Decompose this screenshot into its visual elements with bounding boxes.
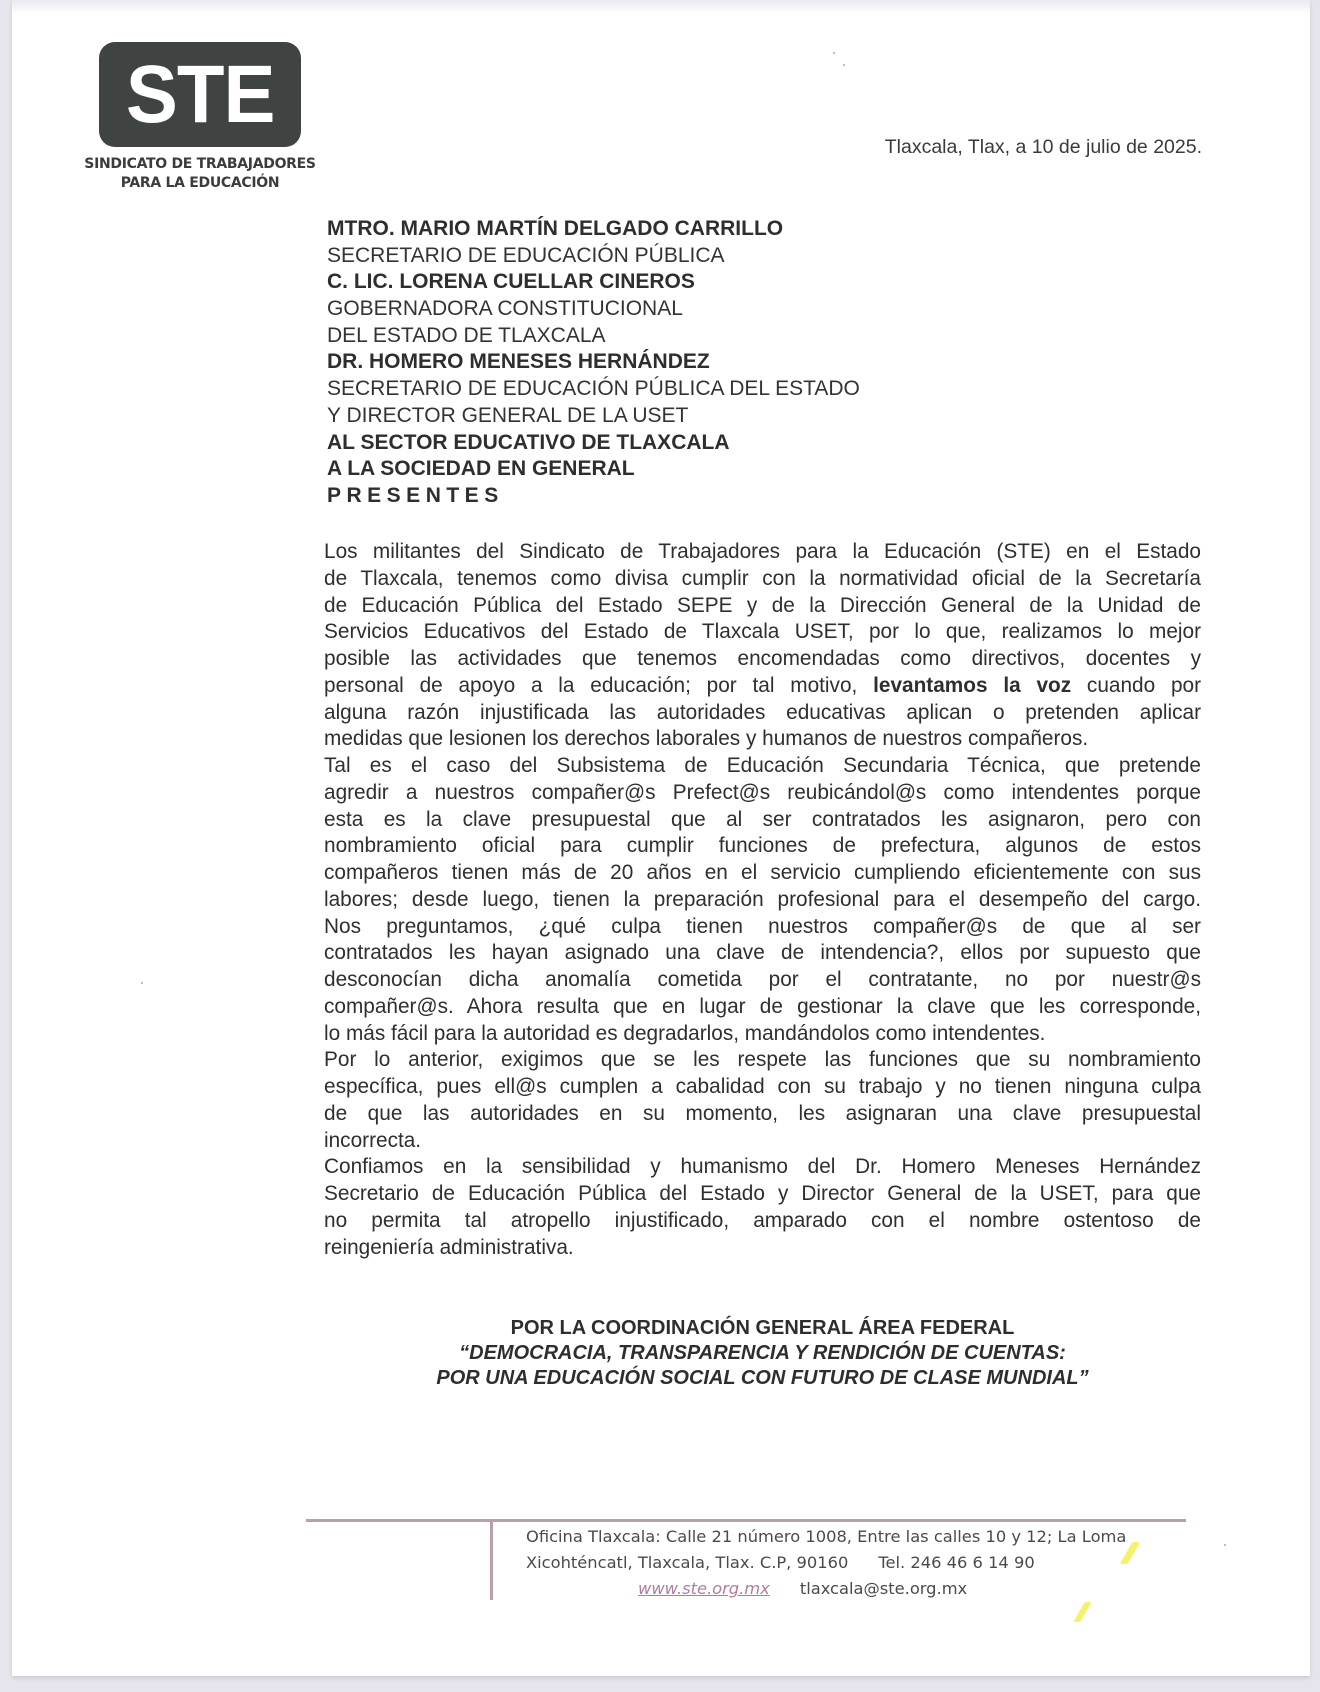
body-line: Por lo anterior, exigimos que se les res… [324,1047,1201,1074]
body-line: compañeros tienen más de 20 años en el s… [324,860,1201,887]
addressee-title: Y DIRECTOR GENERAL DE LA USET [327,403,860,430]
body-line: incorrecta. [324,1128,1201,1155]
body-line: agredir a nuestros compañer@s Prefect@s … [324,780,1201,807]
body-line: Los militantes del Sindicato de Trabajad… [324,539,1201,566]
body-line: nombramiento oficial para cumplir funcio… [324,833,1201,860]
body-line: posible las actividades que tenemos enco… [324,646,1201,673]
body-line: labores; desde luego, tienen la preparac… [324,887,1201,914]
body-line: compañer@s. Ahora resulta que en lugar d… [324,994,1201,1021]
addressee-name: C. LIC. LORENA CUELLAR CINEROS [327,269,860,296]
body-line: medidas que lesionen los derechos labora… [324,726,1201,753]
logo-mark: STE [126,54,275,136]
addressee-block: MTRO. MARIO MARTÍN DELGADO CARRILLO SECR… [327,216,860,510]
body-line: esta es la clave presupuestal que al ser… [324,807,1201,834]
closing-signatory: POR LA COORDINACIÓN GENERAL ÁREA FEDERAL [324,1316,1201,1341]
addressee-name: MTRO. MARIO MARTÍN DELGADO CARRILLO [327,216,860,243]
scan-speck [141,982,143,984]
body-line-emphasis: personal de apoyo a la educación; por ta… [324,673,1201,700]
addressee-title: SECRETARIO DE EDUCACIÓN PÚBLICA DEL ESTA… [327,376,860,403]
body-line: Secretario de Educación Pública del Esta… [324,1181,1201,1208]
body-line: de que las autoridades en su momento, le… [324,1101,1201,1128]
body-line: de Tlaxcala, tenemos como divisa cumplir… [324,566,1201,593]
body-line: lo más fácil para la autoridad es degrad… [324,1021,1201,1048]
closing-block: POR LA COORDINACIÓN GENERAL ÁREA FEDERAL… [324,1316,1201,1391]
addressee-title: SECRETARIO DE EDUCACIÓN PÚBLICA [327,243,860,270]
closing-motto-line1: “DEMOCRACIA, TRANSPARENCIA Y RENDICIÓN D… [324,1341,1201,1366]
body-line: específica, pues ell@s cumplen a cabalid… [324,1074,1201,1101]
addressee-title: DEL ESTADO DE TLAXCALA [327,323,860,350]
logo-subtitle-line1: SINDICATO DE TRABAJADORES [70,156,330,172]
letter-body: Los militantes del Sindicato de Trabajad… [324,539,1201,1261]
letter-date: Tlaxcala, Tlax, a 10 de julio de 2025. [885,136,1202,159]
emphasis-text: levantamos la voz [873,674,1071,697]
footer-contact: Oficina Tlaxcala: Calle 21 número 1008, … [526,1524,1126,1602]
footer-divider [490,1520,493,1600]
body-line: Confiamos en la sensibilidad y humanismo… [324,1154,1201,1181]
footer-web-mail: www.ste.org.mxtlaxcala@ste.org.mx [526,1576,1126,1602]
body-line: reingeniería administrativa. [324,1235,1201,1262]
footer-address-line1: Oficina Tlaxcala: Calle 21 número 1008, … [526,1524,1126,1550]
website-link[interactable]: www.ste.org.mx [638,1579,770,1598]
addressee-name: DR. HOMERO MENESES HERNÁNDEZ [327,349,860,376]
closing-motto-line2: POR UNA EDUCACIÓN SOCIAL CON FUTURO DE C… [324,1366,1201,1391]
body-line: alguna razón injustificada las autoridad… [324,700,1201,727]
scan-speck [1224,1544,1226,1546]
salutation-presentes: PRESENTES [327,483,860,510]
body-line: Nos preguntamos, ¿qué culpa tienen nuest… [324,914,1201,941]
body-line: no permita tal atropello injustificado, … [324,1208,1201,1235]
ste-logo: STE [99,42,301,147]
logo-subtitle-line2: PARA LA EDUCACIÓN [70,175,330,191]
scan-shadow [12,0,1310,14]
addressee-title: GOBERNADORA CONSTITUCIONAL [327,296,860,323]
addressee-group: A LA SOCIEDAD EN GENERAL [327,456,860,483]
body-line: Servicios Educativos del Estado de Tlaxc… [324,619,1201,646]
scan-speck [843,64,845,66]
addressee-group: AL SECTOR EDUCATIVO DE TLAXCALA [327,430,860,457]
footer-phone: Tel. 246 46 6 14 90 [878,1553,1034,1572]
body-line: contratados les hayan asignado una clave… [324,940,1201,967]
body-line: desconocían dicha anomalía cometida por … [324,967,1201,994]
scan-speck [833,52,835,54]
body-line: Tal es el caso del Subsistema de Educaci… [324,753,1201,780]
body-line: de Educación Pública del Estado SEPE y d… [324,593,1201,620]
footer-rule [306,1519,1186,1522]
email-link[interactable]: tlaxcala@ste.org.mx [800,1579,967,1598]
footer-address-line2: Xicohténcatl, Tlaxcala, Tlax. C.P, 90160… [526,1550,1126,1576]
